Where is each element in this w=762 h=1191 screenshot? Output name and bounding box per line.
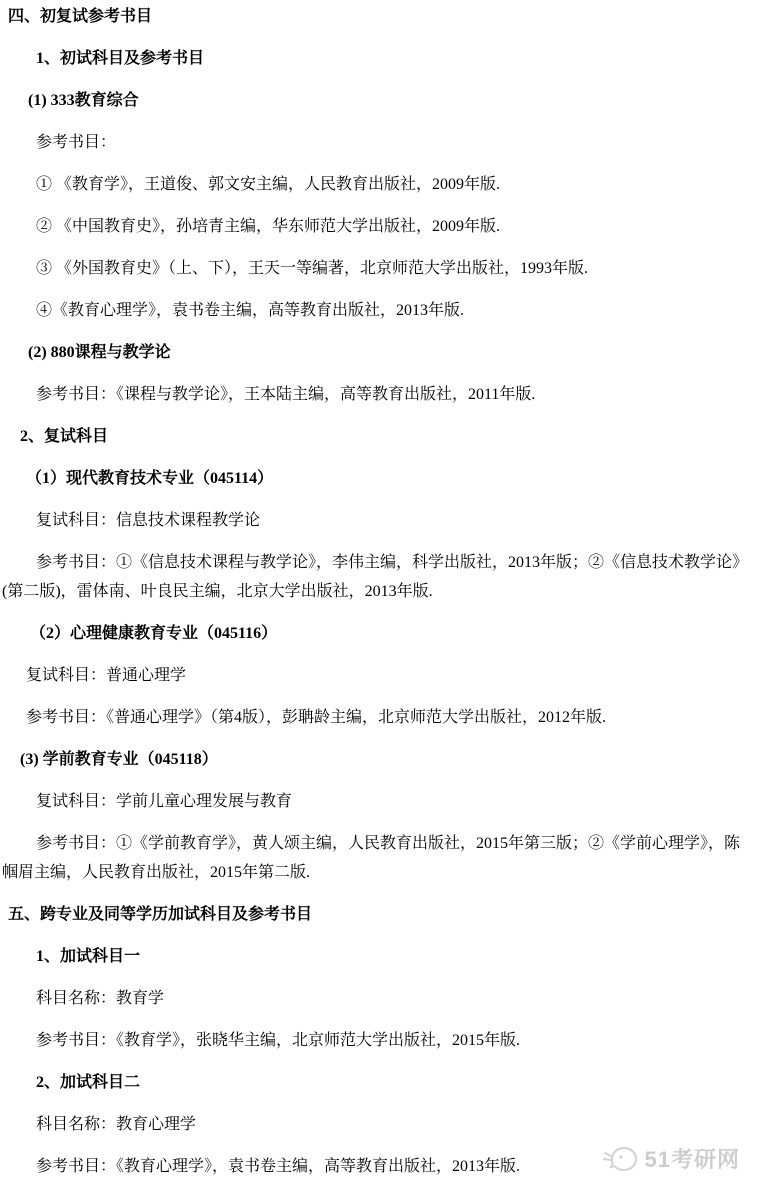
reference-books-label: 参考书目： — [2, 128, 748, 157]
heading-additional-subject-2: 2、加试科目二 — [2, 1068, 748, 1097]
site-watermark: 51考研网 — [602, 1143, 740, 1174]
reference-books-880: 参考书目：《课程与教学论》，王本陆主编，高等教育出版社，2011年版. — [2, 380, 748, 409]
book-item-4: ④《教育心理学》，袁书卷主编，高等教育出版社，2013年版. — [2, 296, 748, 325]
retest-subject-modern-edtech: 复试科目：信息技术课程教学论 — [2, 506, 748, 535]
document-page: 四、初复试参考书目 1、初试科目及参考书目 (1) 333教育综合 参考书目： … — [0, 0, 762, 1191]
reference-books-preschool: 参考书目：①《学前教育学》，黄人颂主编，人民教育出版社，2015年第三版；②《学… — [2, 829, 748, 887]
heading-subject-333: (1) 333教育综合 — [2, 86, 748, 115]
heading-major-modern-edtech: （1）现代教育技术专业（045114） — [2, 464, 748, 493]
heading-additional-subject-1: 1、加试科目一 — [2, 942, 748, 971]
subject-name-pedagogy: 科目名称：教育学 — [2, 984, 748, 1013]
book-item-3: ③ 《外国教育史》（上、下），王天一等编著，北京师范大学出版社，1993年版. — [2, 254, 748, 283]
book-item-1: ① 《教育学》，王道俊、郭文安主编，人民教育出版社，2009年版. — [2, 170, 748, 199]
retest-subject-mental-health: 复试科目：普通心理学 — [2, 661, 748, 690]
reference-books-additional-1: 参考书目：《教育学》，张晓华主编，北京师范大学出版社，2015年版. — [2, 1026, 748, 1055]
retest-subject-preschool: 复试科目：学前儿童心理发展与教育 — [2, 787, 748, 816]
heading-retest-subjects: 2、复试科目 — [2, 422, 748, 451]
heading-subject-880: (2) 880课程与教学论 — [2, 338, 748, 367]
heading-first-exam-subjects: 1、初试科目及参考书目 — [2, 44, 748, 73]
heading-major-preschool: (3) 学前教育专业（045118） — [2, 745, 748, 774]
reference-books-modern-edtech: 参考书目：①《信息技术课程与教学论》，李伟主编，科学出版社，2013年版；②《信… — [2, 548, 748, 606]
book-item-2: ② 《中国教育史》，孙培青主编，华东师范大学出版社，2009年版. — [2, 212, 748, 241]
subject-name-educational-psychology: 科目名称：教育心理学 — [2, 1110, 748, 1139]
heading-major-mental-health: （2）心理健康教育专业（045116） — [2, 619, 748, 648]
51kaoyan-logo-icon — [602, 1145, 638, 1173]
heading-section-4: 四、初复试参考书目 — [2, 2, 748, 31]
heading-section-5: 五、跨专业及同等学历加试科目及参考书目 — [2, 900, 748, 929]
watermark-label: 51考研网 — [645, 1143, 740, 1174]
reference-books-mental-health: 参考书目：《普通心理学》（第4版），彭聃龄主编，北京师范大学出版社，2012年版… — [2, 703, 748, 732]
